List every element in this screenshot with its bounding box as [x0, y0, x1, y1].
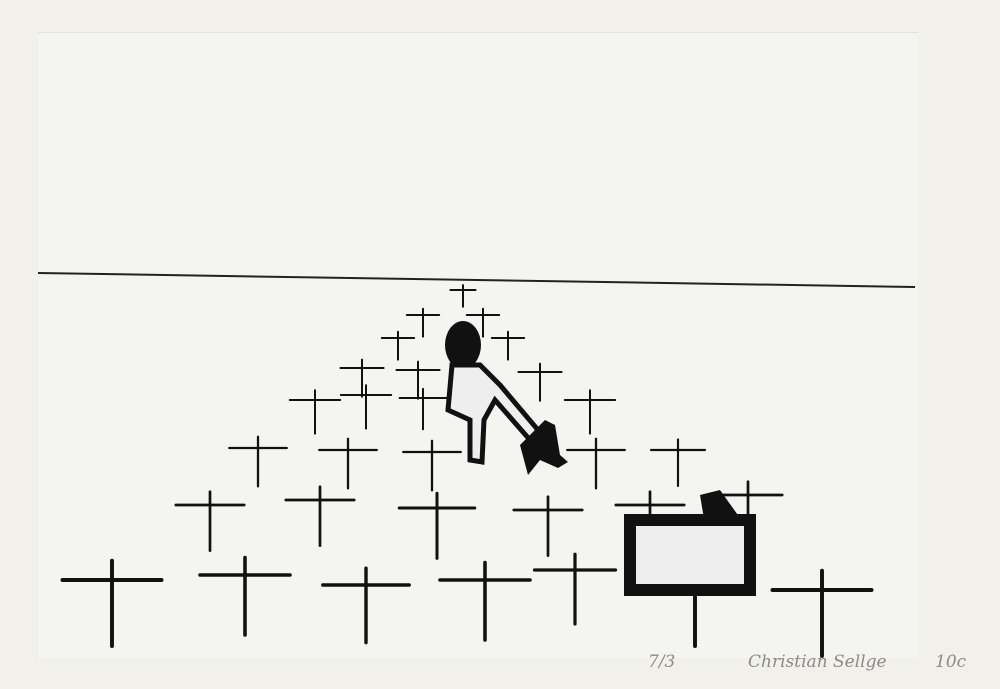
artist-signature: Christian Sellge	[748, 652, 887, 672]
etching-artwork	[0, 0, 1000, 689]
edition-number: 7/3	[648, 652, 675, 672]
child-figure	[445, 321, 538, 462]
year-mark: 10c	[935, 652, 966, 672]
horizon-line	[38, 273, 915, 287]
